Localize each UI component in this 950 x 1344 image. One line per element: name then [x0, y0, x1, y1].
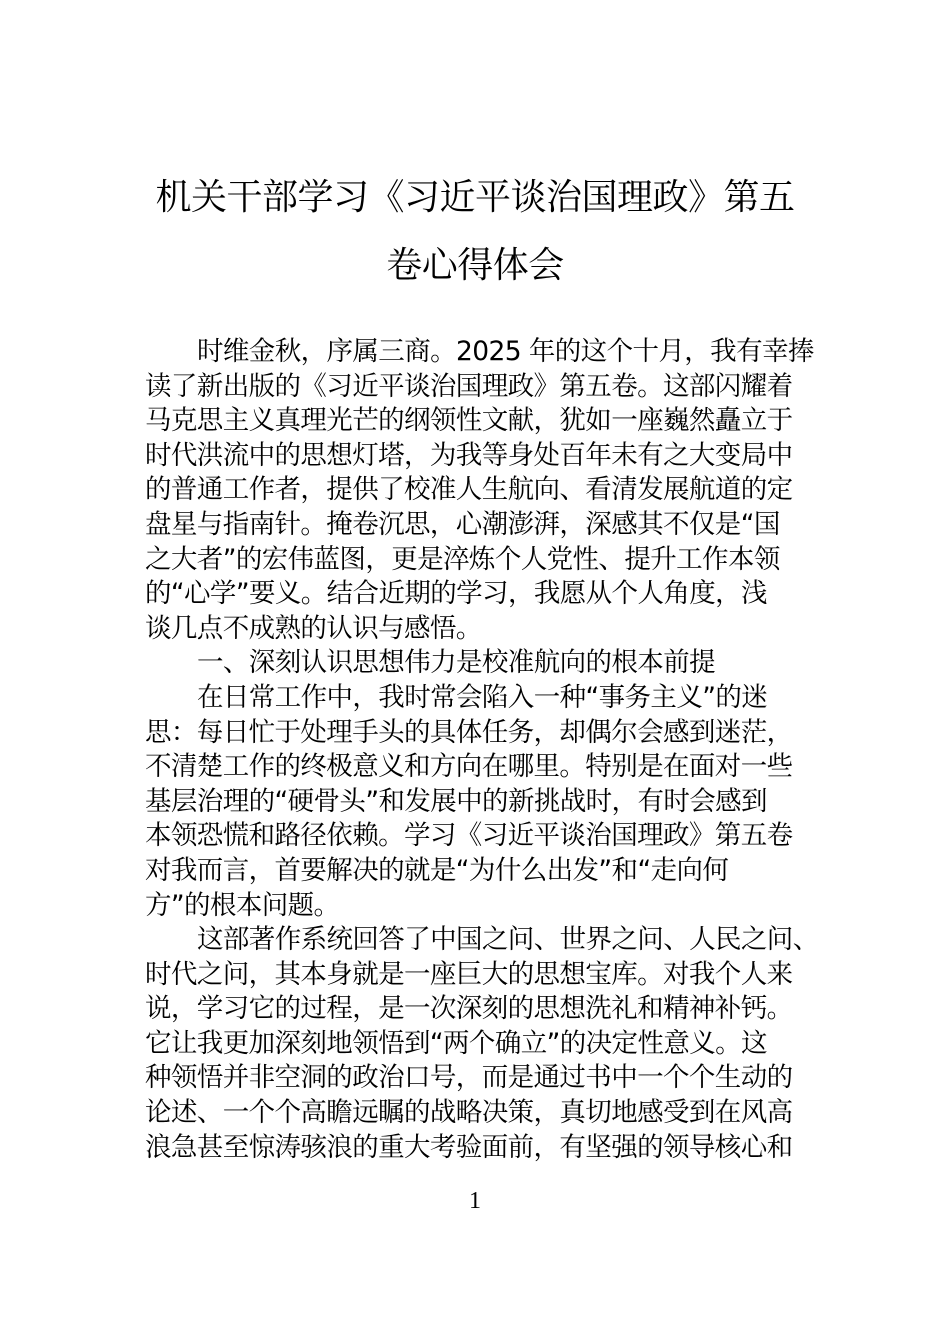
paragraph-line: 马克思主义真理光芒的纲领性文献，犹如一座巍然矗立于	[145, 404, 815, 439]
paragraph-line: 浪急甚至惊涛骇浪的重大考验面前，有坚强的领导核心和	[145, 1131, 815, 1166]
paragraph-line: 时代之问，其本身就是一座巨大的思想宝库。对我个人来	[145, 958, 815, 993]
paragraph-line: 时代洪流中的思想灯塔，为我等身处百年未有之大变局中	[145, 439, 815, 474]
page-number: 1	[0, 1188, 950, 1215]
paragraph-line: 盘星与指南针。掩卷沉思，心潮澎湃，深感其不仅是“国	[145, 508, 815, 543]
paragraph-line: 本领恐慌和路径依赖。学习《习近平谈治国理政》第五卷	[145, 819, 815, 854]
paragraph-line: 方”的根本问题。	[145, 889, 815, 924]
paragraph-line: 论述、一个个高瞻远瞩的战略决策，真切地感受到在风高	[145, 1096, 815, 1131]
paragraph-line: 它让我更加深刻地领悟到“两个确立”的决定性意义。这	[145, 1027, 815, 1062]
paragraph-line: 在日常工作中，我时常会陷入一种“事务主义”的迷	[145, 681, 815, 716]
paragraph-line: 种领悟并非空洞的政治口号，而是通过书中一个个生动的	[145, 1061, 815, 1096]
paragraph-line: 读了新出版的《习近平谈治国理政》第五卷。这部闪耀着	[145, 370, 815, 405]
paragraph-line: 的“心学”要义。结合近期的学习，我愿从个人角度，浅	[145, 577, 815, 612]
paragraph-line: 对我而言，首要解决的就是“为什么出发”和“走向何	[145, 854, 815, 889]
document-title-line-2: 卷心得体会	[0, 244, 950, 288]
section-heading: 一、深刻认识思想伟力是校准航向的根本前提	[145, 646, 815, 681]
document-page: 机关干部学习《习近平谈治国理政》第五 卷心得体会 时维金秋，序属三商。2025 …	[0, 0, 950, 1344]
paragraph-line: 的普通工作者，提供了校准人生航向、看清发展航道的定	[145, 473, 815, 508]
paragraph-line: 不清楚工作的终极意义和方向在哪里。特别是在面对一些	[145, 750, 815, 785]
paragraph-line: 思：每日忙于处理手头的具体任务，却偶尔会感到迷茫，	[145, 716, 815, 751]
paragraph-line: 基层治理的“硬骨头”和发展中的新挑战时，有时会感到	[145, 785, 815, 820]
paragraph-line: 时维金秋，序属三商。2025 年的这个十月，我有幸捧	[145, 335, 815, 370]
document-title-line-1: 机关干部学习《习近平谈治国理政》第五	[0, 176, 950, 220]
paragraph-line: 谈几点不成熟的认识与感悟。	[145, 612, 815, 647]
document-body: 时维金秋，序属三商。2025 年的这个十月，我有幸捧 读了新出版的《习近平谈治国…	[145, 335, 815, 1165]
paragraph-line: 这部著作系统回答了中国之问、世界之问、人民之问、	[145, 923, 815, 958]
paragraph-line: 之大者”的宏伟蓝图，更是淬炼个人党性、提升工作本领	[145, 543, 815, 578]
paragraph-line: 说，学习它的过程，是一次深刻的思想洗礼和精神补钙。	[145, 992, 815, 1027]
